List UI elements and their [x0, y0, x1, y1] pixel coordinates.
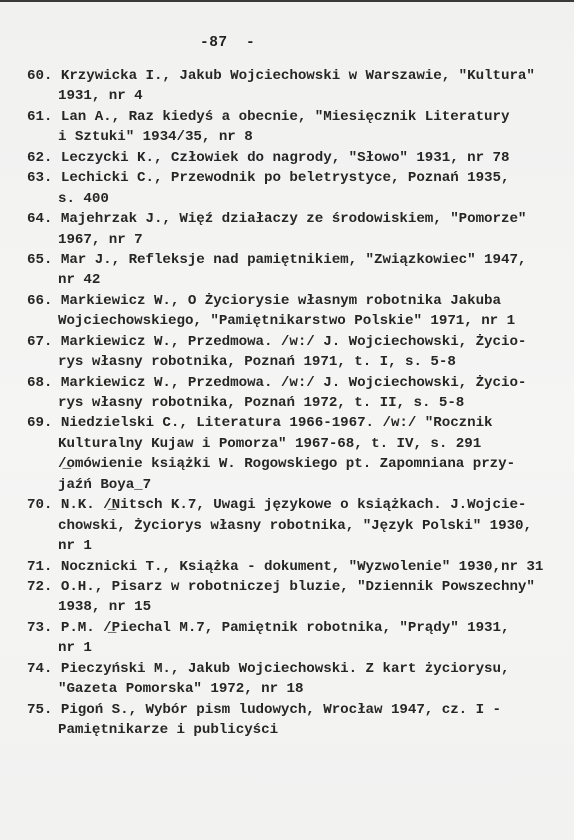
bibliography-entry: 61. Lan A., Raz kiedyś a obecnie, "Miesi…	[27, 107, 567, 148]
entry-continuation-line: s. 400	[27, 189, 567, 209]
entry-text: Mar J., Refleksje nad pamiętnikiem, "Zwi…	[61, 252, 527, 268]
entry-continuation-line: 1931, nr 4	[27, 86, 567, 106]
page-number: -87 -	[200, 35, 255, 51]
entry-first-line: 65. Mar J., Refleksje nad pamiętnikiem, …	[27, 250, 567, 270]
entry-text: i Sztuki" 1934/35, nr 8	[58, 129, 253, 145]
entry-text: Pigoń S., Wybór pism ludowych, Wrocław 1…	[61, 702, 501, 718]
entry-first-line: 62. Leczycki K., Człowiek do nagrody, "S…	[27, 148, 567, 168]
entry-number: 63.	[27, 170, 61, 186]
entry-text: 1967, nr 7	[58, 232, 143, 248]
bibliography-entry: 60. Krzywicka I., Jakub Wojciechowski w …	[27, 66, 567, 107]
entry-first-line: 72. O.H., Pisarz w robotniczej bluzie, "…	[27, 577, 567, 597]
entry-text: Niedzielski C., Literatura 1966-1967. /w…	[61, 415, 493, 431]
entry-text: P.M. /̲Piechal M.7, Pamiętnik robotnika,…	[61, 620, 510, 636]
entry-text: Markiewicz W., O Życiorysie własnym robo…	[61, 293, 501, 309]
entry-text: Majehrzak J., Więź działaczy ze środowis…	[61, 211, 527, 227]
bibliography-entry: 74. Pieczyński M., Jakub Wojciechowski. …	[27, 659, 567, 700]
entry-continuation-line: i Sztuki" 1934/35, nr 8	[27, 127, 567, 147]
bibliography-entry: 70. N.K. /̲Nitsch K.7, Uwagi językowe o …	[27, 495, 567, 556]
entry-number: 61.	[27, 109, 61, 125]
entry-text: Wojciechowskiego, "Pamiętnikarstwo Polsk…	[58, 313, 515, 329]
entry-continuation-line: nr 42	[27, 270, 567, 290]
entry-text: Markiewicz W., Przedmowa. /w:/ J. Wojcie…	[61, 375, 527, 391]
entry-continuation-line: rys własny robotnika, Poznań 1972, t. II…	[27, 393, 567, 413]
entry-continuation-line: Kulturalny Kujaw i Pomorza" 1967-68, t. …	[27, 434, 567, 454]
bibliography-entry: 64. Majehrzak J., Więź działaczy ze środ…	[27, 209, 567, 250]
entry-text: Lechicki C., Przewodnik po beletrystyce,…	[61, 170, 510, 186]
bibliography-entry: 71. Nocznicki T., Książka - dokument, "W…	[27, 557, 567, 577]
entry-number: 72.	[27, 579, 61, 595]
entry-text: Pamiętnikarze i publicyści	[58, 722, 278, 738]
entry-continuation-line: Pamiętnikarze i publicyści	[27, 720, 567, 740]
entry-text: Markiewicz W., Przedmowa. /w:/ J. Wojcie…	[61, 334, 527, 350]
entry-text: nr 1	[58, 538, 92, 554]
entry-first-line: 70. N.K. /̲Nitsch K.7, Uwagi językowe o …	[27, 495, 567, 515]
entry-continuation-line: jaźń Boya_7	[27, 475, 567, 495]
entry-text: nr 1	[58, 640, 92, 656]
entry-first-line: 73. P.M. /̲Piechal M.7, Pamiętnik robotn…	[27, 618, 567, 638]
entry-number: 75.	[27, 702, 61, 718]
entry-number: 69.	[27, 415, 61, 431]
entry-text: 1931, nr 4	[58, 88, 143, 104]
entry-text: 1938, nr 15	[58, 599, 151, 615]
entry-text: Lan A., Raz kiedyś a obecnie, "Miesięczn…	[61, 109, 510, 125]
entry-number: 60.	[27, 68, 61, 84]
entry-text: Pieczyński M., Jakub Wojciechowski. Z ka…	[61, 661, 510, 677]
entry-first-line: 64. Majehrzak J., Więź działaczy ze środ…	[27, 209, 567, 229]
entry-text: chowski, Życiorys własny robotnika, "Jęz…	[58, 518, 532, 534]
entry-continuation-line: "Gazeta Pomorska" 1972, nr 18	[27, 679, 567, 699]
entry-number: 67.	[27, 334, 61, 350]
entry-first-line: 66. Markiewicz W., O Życiorysie własnym …	[27, 291, 567, 311]
bibliography-entry: 69. Niedzielski C., Literatura 1966-1967…	[27, 413, 567, 495]
bibliography-entry: 65. Mar J., Refleksje nad pamiętnikiem, …	[27, 250, 567, 291]
entry-text: rys własny robotnika, Poznań 1971, t. I,…	[58, 354, 456, 370]
entry-number: 74.	[27, 661, 61, 677]
bibliography-entry: 68. Markiewicz W., Przedmowa. /w:/ J. Wo…	[27, 373, 567, 414]
entry-number: 65.	[27, 252, 61, 268]
entry-text: rys własny robotnika, Poznań 1972, t. II…	[58, 395, 464, 411]
bibliography-entry: 66. Markiewicz W., O Życiorysie własnym …	[27, 291, 567, 332]
entry-text: Krzywicka I., Jakub Wojciechowski w Wars…	[61, 68, 535, 84]
entry-first-line: 75. Pigoń S., Wybór pism ludowych, Wrocł…	[27, 700, 567, 720]
entry-first-line: 61. Lan A., Raz kiedyś a obecnie, "Miesi…	[27, 107, 567, 127]
entry-number: 64.	[27, 211, 61, 227]
entry-first-line: 71. Nocznicki T., Książka - dokument, "W…	[27, 557, 567, 577]
entry-text: /̲omówienie książki W. Rogowskiego pt. Z…	[58, 456, 515, 472]
bibliography-entry: 62. Leczycki K., Człowiek do nagrody, "S…	[27, 148, 567, 168]
entry-continuation-line: nr 1	[27, 638, 567, 658]
entry-continuation-line: /̲omówienie książki W. Rogowskiego pt. Z…	[27, 454, 567, 474]
entry-number: 68.	[27, 375, 61, 391]
entry-first-line: 63. Lechicki C., Przewodnik po beletryst…	[27, 168, 567, 188]
entry-continuation-line: 1967, nr 7	[27, 230, 567, 250]
document-page: -87 - 60. Krzywicka I., Jakub Wojciechow…	[0, 2, 574, 840]
bibliography-entry: 67. Markiewicz W., Przedmowa. /w:/ J. Wo…	[27, 332, 567, 373]
entry-first-line: 69. Niedzielski C., Literatura 1966-1967…	[27, 413, 567, 433]
entry-number: 70.	[27, 497, 61, 513]
entry-number: 73.	[27, 620, 61, 636]
entry-continuation-line: rys własny robotnika, Poznań 1971, t. I,…	[27, 352, 567, 372]
bibliography-entry: 75. Pigoń S., Wybór pism ludowych, Wrocł…	[27, 700, 567, 741]
entry-text: O.H., Pisarz w robotniczej bluzie, "Dzie…	[61, 579, 535, 595]
entry-number: 66.	[27, 293, 61, 309]
entry-first-line: 74. Pieczyński M., Jakub Wojciechowski. …	[27, 659, 567, 679]
entry-text: Nocznicki T., Książka - dokument, "Wyzwo…	[61, 559, 543, 575]
bibliography-list: 60. Krzywicka I., Jakub Wojciechowski w …	[27, 66, 567, 740]
bibliography-entry: 63. Lechicki C., Przewodnik po beletryst…	[27, 168, 567, 209]
entry-continuation-line: chowski, Życiorys własny robotnika, "Jęz…	[27, 516, 567, 536]
bibliography-entry: 73. P.M. /̲Piechal M.7, Pamiętnik robotn…	[27, 618, 567, 659]
entry-continuation-line: 1938, nr 15	[27, 597, 567, 617]
entry-text: nr 42	[58, 272, 100, 288]
entry-first-line: 68. Markiewicz W., Przedmowa. /w:/ J. Wo…	[27, 373, 567, 393]
entry-text: "Gazeta Pomorska" 1972, nr 18	[58, 681, 303, 697]
entry-text: Leczycki K., Człowiek do nagrody, "Słowo…	[61, 150, 510, 166]
entry-first-line: 67. Markiewicz W., Przedmowa. /w:/ J. Wo…	[27, 332, 567, 352]
entry-continuation-line: nr 1	[27, 536, 567, 556]
entry-text: jaźń Boya_7	[58, 477, 151, 493]
bibliography-entry: 72. O.H., Pisarz w robotniczej bluzie, "…	[27, 577, 567, 618]
entry-number: 62.	[27, 150, 61, 166]
entry-text: Kulturalny Kujaw i Pomorza" 1967-68, t. …	[58, 436, 481, 452]
entry-continuation-line: Wojciechowskiego, "Pamiętnikarstwo Polsk…	[27, 311, 567, 331]
entry-first-line: 60. Krzywicka I., Jakub Wojciechowski w …	[27, 66, 567, 86]
entry-text: N.K. /̲Nitsch K.7, Uwagi językowe o ksią…	[61, 497, 527, 513]
entry-number: 71.	[27, 559, 61, 575]
entry-text: s. 400	[58, 191, 109, 207]
